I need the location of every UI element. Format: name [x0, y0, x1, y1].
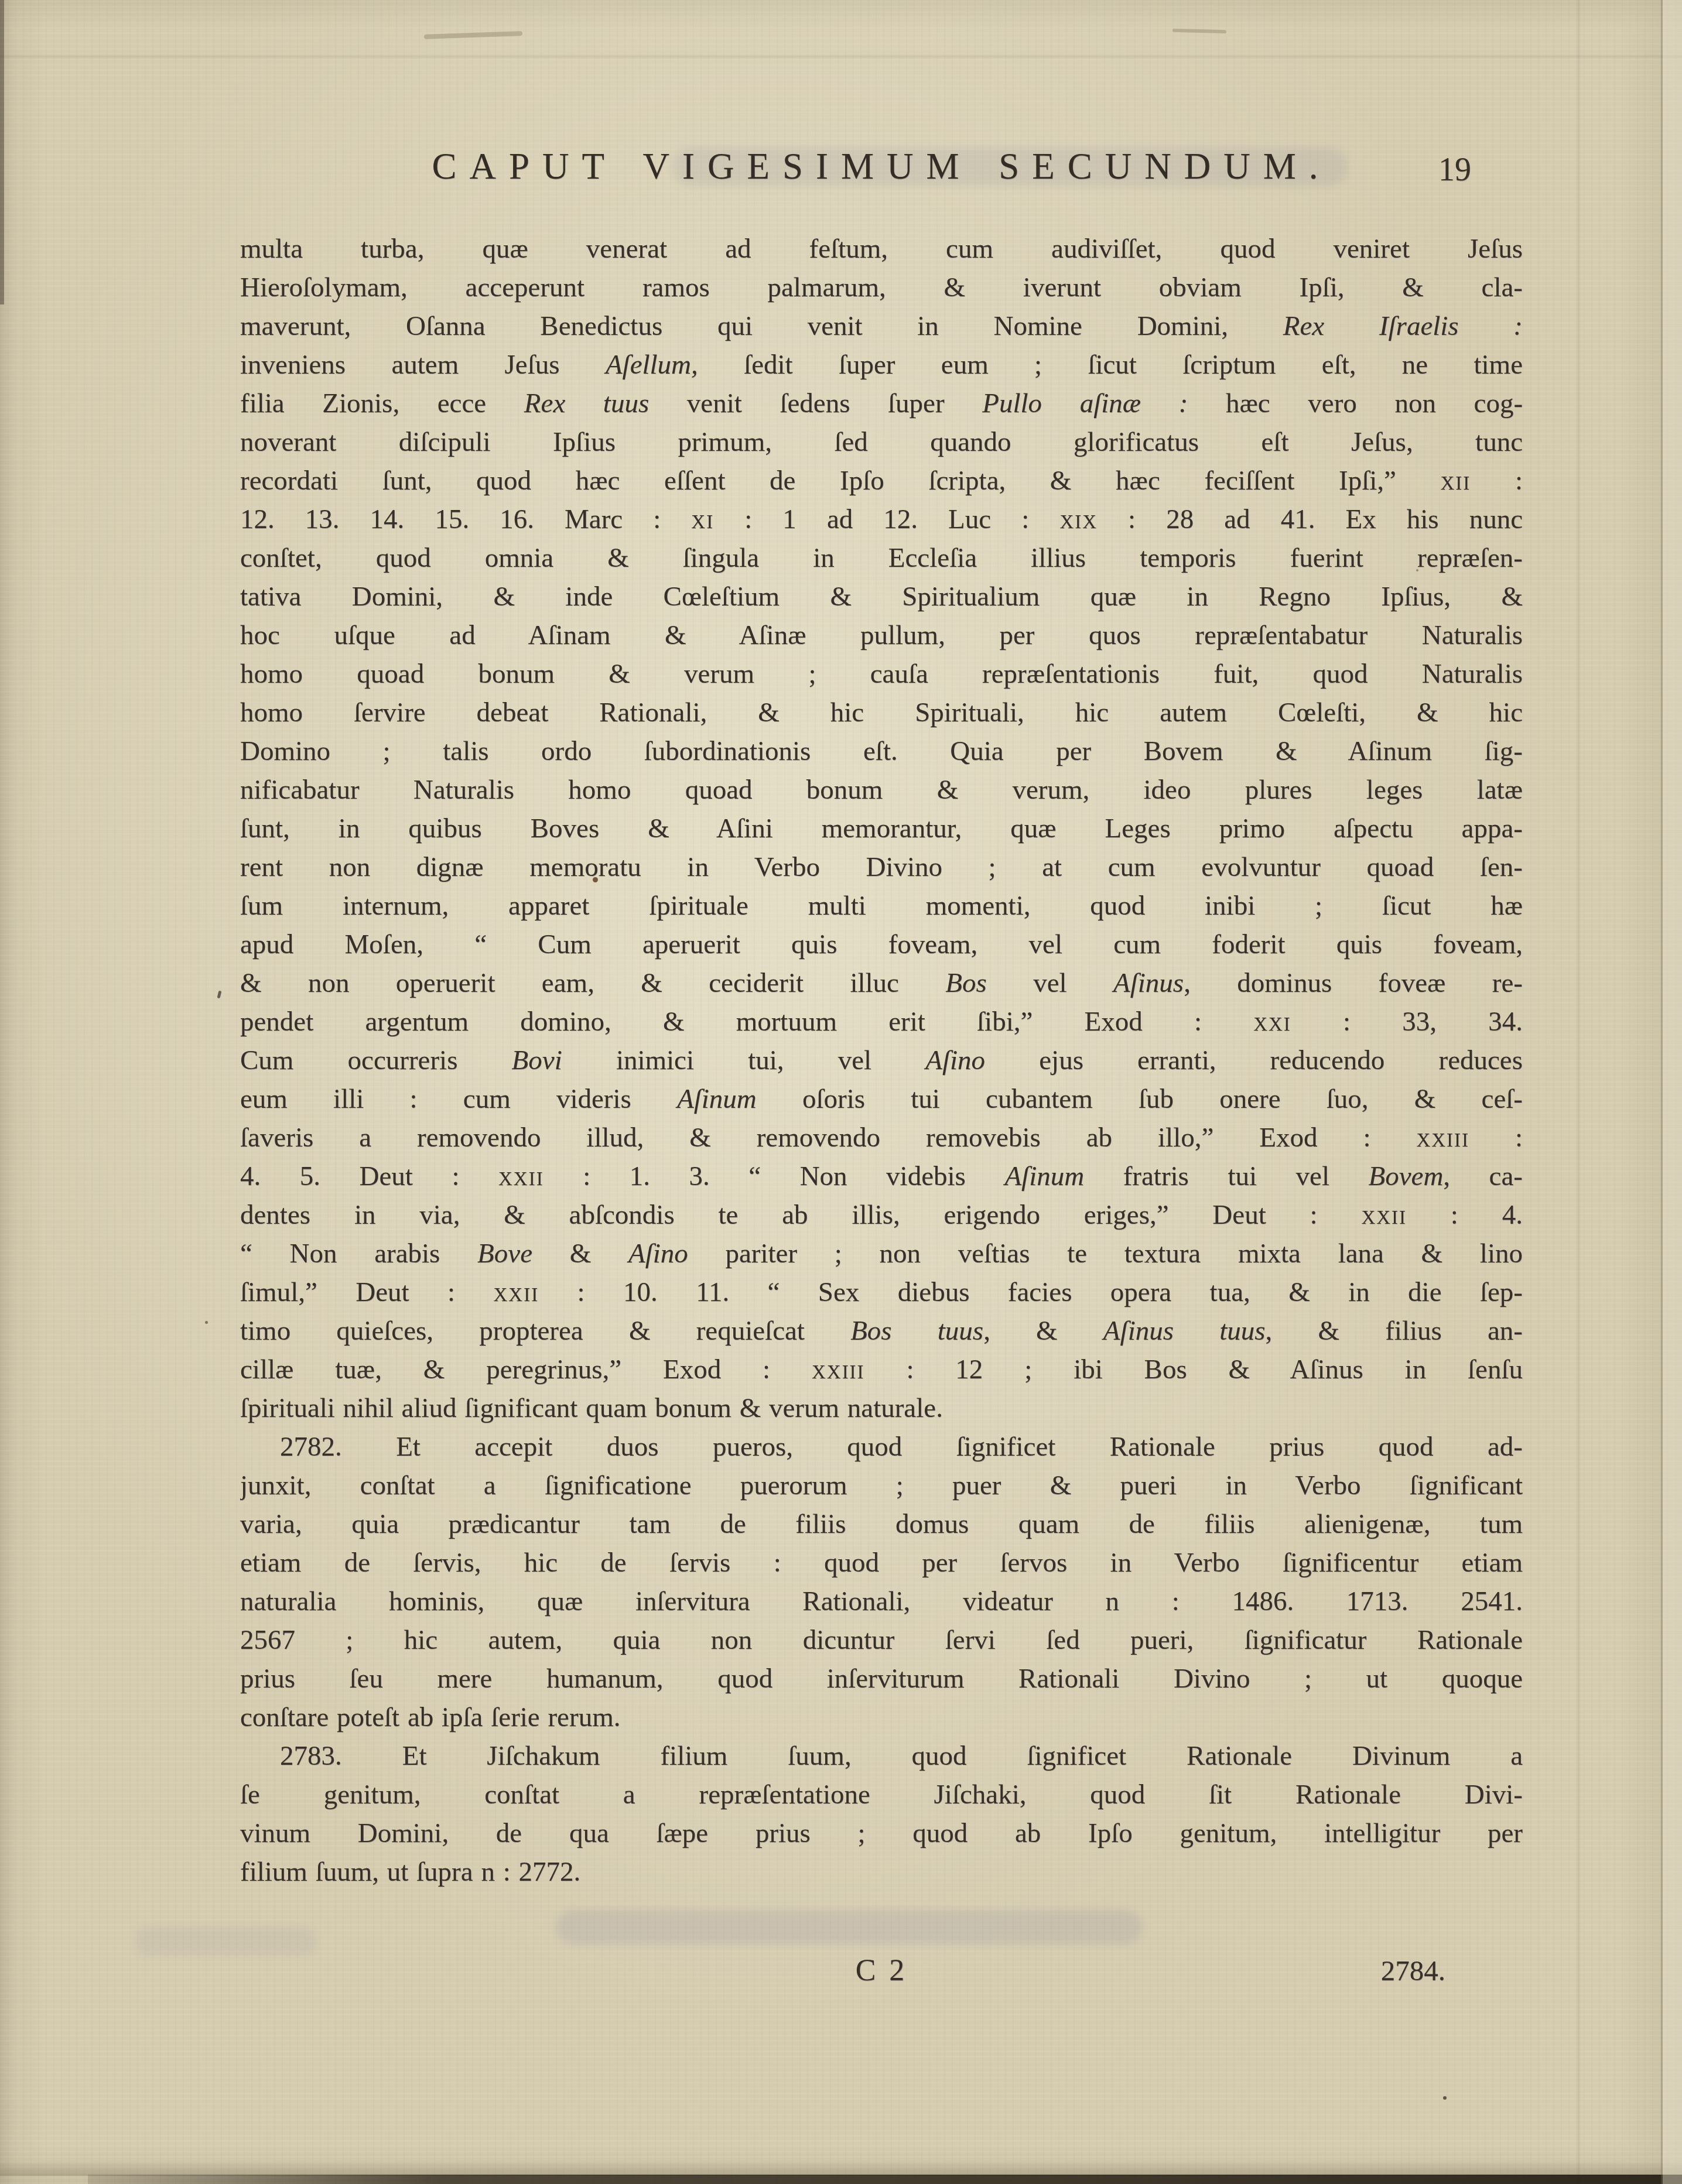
horizontal-crease	[0, 54, 1682, 59]
text-line: conſtet, quod omnia & ſingula in Eccleſi…	[240, 539, 1523, 577]
text-line: vinum Domini, de qua ſæpe prius ; quod a…	[240, 1814, 1523, 1853]
text-line: recordati ſunt, quod hæc eſſent de Ipſo …	[240, 461, 1523, 500]
book-page-scan: CAPUT VIGESIMUM SECUNDUM. 19 multa turba…	[0, 0, 1682, 2184]
text-line: ſimul,” Deut : xxii : 10. 11. “ Sex dieb…	[240, 1273, 1523, 1312]
text-line: 2782. Et accepit duos pueros, quod ſigni…	[240, 1428, 1523, 1466]
text-line: inveniens autem Jeſus Aſellum, ſedit ſup…	[240, 345, 1523, 384]
margin-ink-speck	[217, 991, 222, 999]
chapter-title: CAPUT VIGESIMUM SECUNDUM.	[240, 138, 1523, 194]
text-line: dentes in via, & abſcondis te ab illis, …	[240, 1196, 1523, 1234]
page-fore-edge-band	[1663, 0, 1682, 2184]
text-line: ſpirituali nihil aliud ſignificant quam …	[240, 1389, 1523, 1428]
text-line: ſunt, in quibus Boves & Aſini memorantur…	[240, 809, 1523, 848]
text-line: noverant diſcipuli Ipſius primum, ſed qu…	[240, 423, 1523, 461]
text-line: tativa Domini, & inde Cœleſtium & Spirit…	[240, 577, 1523, 616]
ink-speck	[1443, 2096, 1447, 2100]
text-line: filia Zionis, ecce Rex tuus venit ſedens…	[240, 384, 1523, 423]
text-line: junxit, conſtat a ſignificatione pueroru…	[240, 1466, 1523, 1505]
text-line: Hieroſolymam, acceperunt ramos palmarum,…	[240, 268, 1523, 307]
text-line: hoc uſque ad Aſinam & Aſinæ pullum, per …	[240, 616, 1523, 655]
ink-bleedthrough-smudge	[556, 1910, 1142, 1944]
scan-edge-bottom-shadow	[0, 2161, 1682, 2176]
text-line: apud Moſen, “ Cum aperuerit quis foveam,…	[240, 925, 1523, 964]
catchword: 2784.	[1381, 1947, 1445, 1994]
text-line: Cum occurreris Bovi inimici tui, vel Aſi…	[240, 1041, 1523, 1080]
page-number: 19	[1438, 142, 1471, 198]
text-line: maverunt, Oſanna Benedictus qui venit in…	[240, 307, 1523, 345]
text-line: conſtare poteſt ab ipſa ſerie rerum.	[240, 1698, 1523, 1737]
text-line: homo ſervire debeat Rationali, & hic Spi…	[240, 693, 1523, 732]
signature-mark: C 2	[240, 1947, 1523, 1994]
text-line: homo quoad bonum & verum ; cauſa repræſe…	[240, 655, 1523, 693]
ink-speck	[205, 1321, 208, 1324]
text-line: pendet argentum domino, & mortuum erit ſ…	[240, 1002, 1523, 1041]
scan-edge-left	[0, 0, 4, 304]
text-line: ſe genitum, conſtat a repræſentatione Ji…	[240, 1775, 1523, 1814]
text-line: filium ſuum, ut ſupra n : 2772.	[240, 1853, 1523, 1891]
text-line: cillæ tuæ, & peregrinus,” Exod : xxiii :…	[240, 1350, 1523, 1389]
text-line: naturalia hominis, quæ inſervitura Ratio…	[240, 1582, 1523, 1621]
text-line: timo quieſces, propterea & requieſcat Bo…	[240, 1312, 1523, 1350]
text-line: “ Non arabis Bove & Aſino pariter ; non …	[240, 1234, 1523, 1273]
ink-speck	[1416, 569, 1418, 571]
text-line: etiam de ſervis, hic de ſervis : quod pe…	[240, 1543, 1523, 1582]
ink-speck	[593, 877, 598, 882]
text-line: rent non dignæ memoratu in Verbo Divino …	[240, 848, 1523, 886]
vertical-crease	[1577, 0, 1581, 2184]
text-line: 12. 13. 14. 15. 16. Marc : xi : 1 ad 12.…	[240, 500, 1523, 539]
text-line: Domino ; talis ordo ſubordinationis eſt.…	[240, 732, 1523, 771]
paper-tear-mark	[1172, 29, 1226, 33]
text-line: varia, quia prædicantur tam de filiis do…	[240, 1505, 1523, 1543]
text-line: multa turba, quæ venerat ad feſtum, cum …	[240, 230, 1523, 268]
text-line: 2567 ; hic autem, quia non dicuntur ſerv…	[240, 1621, 1523, 1659]
page-footer: C 2 2784.	[240, 1947, 1523, 1994]
text-line: prius ſeu mere humanum, quod inſervituru…	[240, 1659, 1523, 1698]
scan-edge-bottom	[88, 2175, 1682, 2184]
paper-tear-mark	[424, 31, 522, 39]
text-line: 4. 5. Deut : xxii : 1. 3. “ Non videbis …	[240, 1157, 1523, 1196]
text-line: ſaveris a removendo illud, & removendo r…	[240, 1118, 1523, 1157]
page-header: CAPUT VIGESIMUM SECUNDUM. 19	[240, 138, 1523, 194]
text-line: ſum internum, apparet ſpirituale multi m…	[240, 886, 1523, 925]
text-line: nificabatur Naturalis homo quoad bonum &…	[240, 771, 1523, 809]
text-line: & non operuerit eam, & ceciderit illuc B…	[240, 964, 1523, 1002]
body-text: multa turba, quæ venerat ad feſtum, cum …	[240, 230, 1523, 1891]
text-line: eum illi : cum videris Aſinum oſoris tui…	[240, 1080, 1523, 1118]
text-line: 2783. Et Jiſchakum filium ſuum, quod ſig…	[240, 1737, 1523, 1775]
